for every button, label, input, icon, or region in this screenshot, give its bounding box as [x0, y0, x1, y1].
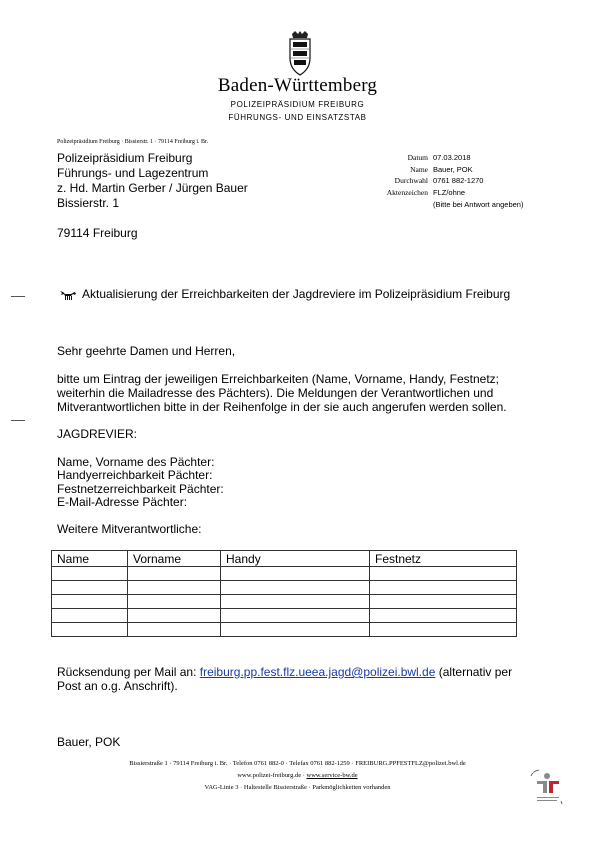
table-cell[interactable] [128, 609, 221, 623]
meta-label: Aktenzeichen [370, 187, 433, 199]
brand-wordmark: Baden-Württemberg [0, 75, 595, 97]
table-cell[interactable] [52, 623, 128, 637]
return-suffix: (alternativ per [435, 665, 512, 679]
subject-text: Aktualisierung der Erreichbarkeiten der … [82, 287, 510, 301]
meta-value: Bauer, POK [433, 164, 473, 176]
table-cell[interactable] [52, 595, 128, 609]
meta-reference: Aktenzeichen FLZ/ohne [370, 187, 523, 199]
body-paragraph-line: weiterhin die Mailadresse des Pächters).… [57, 386, 493, 400]
column-header: Festnetz [370, 551, 517, 567]
body-paragraph-line: bitte um Eintrag der jeweiligen Erreichb… [57, 372, 499, 386]
certification-logo-icon [527, 768, 567, 808]
field-label: Handyerreichbarkeit Pächter: [57, 468, 212, 482]
sender-return-line: Polizeipräsidium Freiburg · Bissierstr. … [57, 139, 208, 145]
meta-value: (Bitte bei Antwort angeben) [433, 199, 523, 211]
column-header: Handy [221, 551, 370, 567]
deer-icon [59, 289, 77, 299]
table-cell[interactable] [370, 609, 517, 623]
meta-note: (Bitte bei Antwort angeben) [370, 199, 523, 211]
footer-websites: www.polizei-freiburg.de · www.service-bw… [0, 772, 595, 779]
table-cell[interactable] [52, 581, 128, 595]
signature: Bauer, POK [57, 735, 120, 749]
return-email-link[interactable]: freiburg.pp.fest.flz.ueea.jagd@polizei.b… [200, 665, 436, 679]
table-cell[interactable] [128, 567, 221, 581]
return-instruction: Rücksendung per Mail an: freiburg.pp.fes… [57, 665, 512, 679]
table-cell[interactable] [128, 581, 221, 595]
meta-value: 07.03.2018 [433, 152, 471, 164]
table-cell[interactable] [370, 567, 517, 581]
table-cell[interactable] [370, 581, 517, 595]
table-cell[interactable] [221, 623, 370, 637]
footer-website-link[interactable]: www.service-bw.de [307, 772, 358, 779]
meta-phone: Durchwahl 0761 882-1270 [370, 175, 523, 187]
subject-line: Aktualisierung der Erreichbarkeiten der … [59, 287, 510, 301]
meta-value: FLZ/ohne [433, 187, 465, 199]
footer-website-link[interactable]: www.polizei-freiburg.de [237, 772, 301, 779]
further-responsibles-label: Weitere Mitverantwortliche: [57, 522, 202, 536]
meta-value: 0761 882-1270 [433, 175, 483, 187]
column-header: Name [52, 551, 128, 567]
meta-name: Name Bauer, POK [370, 164, 523, 176]
salutation: Sehr geehrte Damen und Herren, [57, 344, 235, 358]
recipient-line: z. Hd. Martin Gerber / Jürgen Bauer [57, 181, 248, 196]
field-label: Festnetzerreichbarkeit Pächter: [57, 482, 224, 496]
table-cell[interactable] [128, 595, 221, 609]
meta-date: Datum 07.03.2018 [370, 152, 523, 164]
recipient-line: Führungs- und Lagezentrum [57, 166, 248, 181]
contacts-table: Name Vorname Handy Festnetz [51, 550, 517, 637]
table-cell[interactable] [52, 609, 128, 623]
recipient-line [57, 211, 248, 226]
table-row [52, 623, 517, 637]
fold-mark [11, 296, 25, 297]
table-cell[interactable] [221, 567, 370, 581]
body-paragraph-line: Mitverantwortlichen bitte in der Reihenf… [57, 400, 507, 414]
table-cell[interactable] [370, 623, 517, 637]
recipient-line: Bissierstr. 1 [57, 196, 248, 211]
table-cell[interactable] [221, 595, 370, 609]
coat-of-arms-icon [277, 30, 323, 78]
meta-label: Durchwahl [370, 175, 433, 187]
table-row [52, 581, 517, 595]
meta-label [370, 199, 433, 211]
table-cell[interactable] [221, 581, 370, 595]
meta-label: Datum [370, 152, 433, 164]
jagdrevier-label: JAGDREVIER: [57, 427, 137, 441]
footer-transport: VAG-Linie 3 · Haltestelle Bissierstraße … [0, 784, 595, 791]
meta-label: Name [370, 164, 433, 176]
recipient-address: Polizeipräsidium Freiburg Führungs- und … [57, 151, 248, 241]
org-unit: FÜHRUNGS- UND EINSATZSTAB [0, 113, 595, 122]
letter-meta-block: Datum 07.03.2018 Name Bauer, POK Durchwa… [370, 152, 523, 210]
recipient-line: 79114 Freiburg [57, 226, 248, 241]
table-row [52, 609, 517, 623]
org-name: POLIZEIPRÄSIDIUM FREIBURG [0, 100, 595, 109]
fold-mark [11, 420, 25, 421]
field-label: Name, Vorname des Pächter: [57, 455, 214, 469]
table-cell[interactable] [128, 623, 221, 637]
table-cell[interactable] [221, 609, 370, 623]
return-prefix: Rücksendung per Mail an: [57, 665, 200, 679]
return-instruction-line2: Post an o.g. Anschrift). [57, 679, 178, 693]
column-header: Vorname [128, 551, 221, 567]
table-row [52, 567, 517, 581]
table-cell[interactable] [52, 567, 128, 581]
table-row [52, 595, 517, 609]
table-header-row: Name Vorname Handy Festnetz [52, 551, 517, 567]
footer-address: Bissierstraße 1 · 79114 Freiburg i. Br. … [0, 760, 595, 767]
field-label: E-Mail-Adresse Pächter: [57, 495, 187, 509]
recipient-line: Polizeipräsidium Freiburg [57, 151, 248, 166]
table-cell[interactable] [370, 595, 517, 609]
